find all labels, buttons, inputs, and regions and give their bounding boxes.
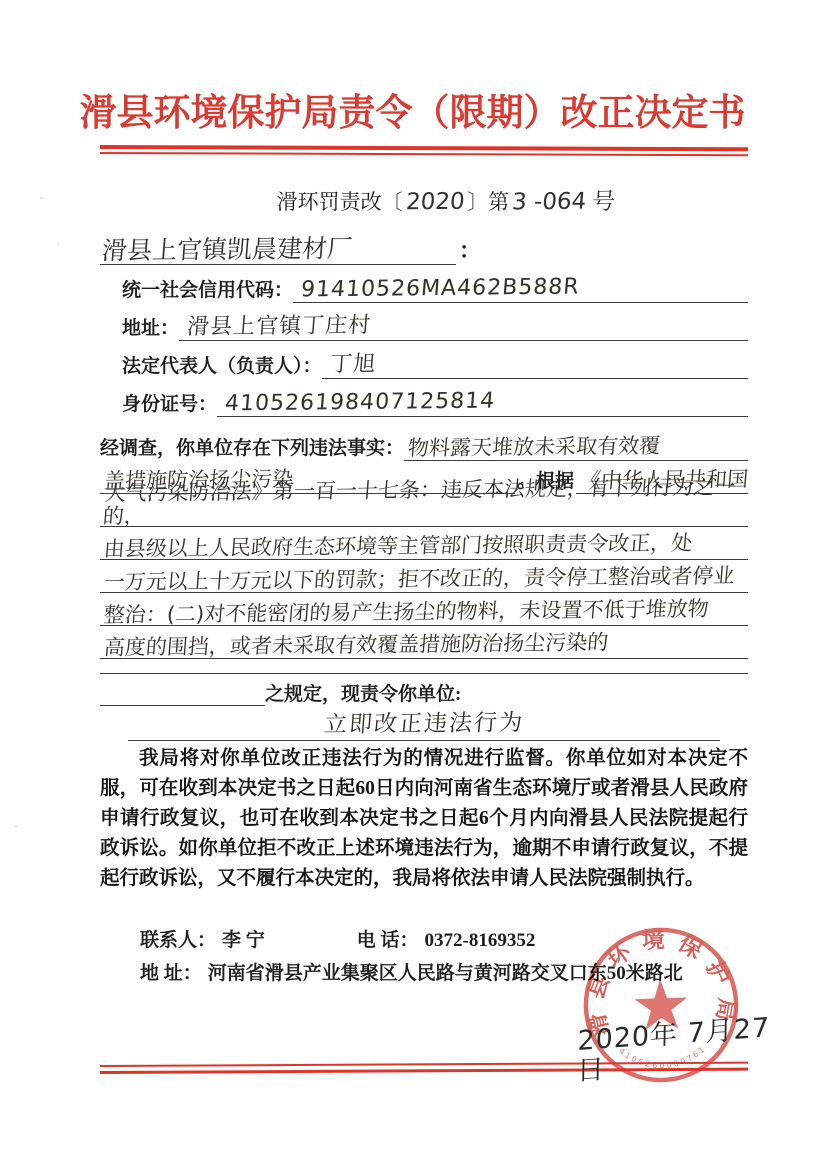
- field-row-address: 地址： 滑县上官镇丁庄村: [122, 303, 748, 341]
- legal-basis-row: 由县级以上人民政府生态环境等主管部门按照职责责令改正，处: [100, 527, 748, 560]
- field-underline: 滑县上官镇丁庄村: [179, 315, 748, 341]
- field-underline: 91410526MA462B588R: [293, 277, 748, 303]
- legal-basis-line-4: 整治：(二)对不能密闭的易产生扬尘的物料，未设置不低于堆放物: [99, 598, 710, 628]
- signature-date-handwritten: 2020年 7月27日: [577, 1013, 778, 1087]
- legal-basis-line-5: 高度的围挡，或者未采取有效覆盖措施防治扬尘污染的: [99, 631, 609, 660]
- field-value-handwritten: 91410526MA462B588R: [292, 275, 581, 303]
- header-double-rule: [100, 145, 748, 156]
- legal-basis-row: 高度的围挡，或者未采取有效覆盖措施防治扬尘污染的: [100, 626, 748, 659]
- scan-speck: [57, 243, 59, 245]
- field-label: 法定代表人（负责人）：: [122, 355, 322, 379]
- facts-lead-label: 经调查，你单位存在下列违法事实：: [100, 437, 404, 461]
- recipient-name-handwritten: 滑县上官镇凯晨建材厂: [99, 234, 355, 265]
- legal-basis-underline: 高度的围挡，或者未采取有效覆盖措施防治扬尘污染的: [100, 634, 748, 659]
- blank-fill-line: [100, 659, 748, 674]
- contact-person-label: 联系人：: [140, 925, 216, 952]
- field-label: 统一社会信用代码：: [122, 279, 293, 303]
- field-underline: 丁旭: [322, 353, 748, 379]
- legal-basis-row: 大气污染防治法》第一百一十七条：违反本法规定，有下列行为之一的，: [100, 494, 748, 527]
- recipient-section: 滑县上官镇凯晨建材厂 ： 统一社会信用代码： 91410526MA462B588…: [100, 234, 748, 417]
- contact-phone-label: 电 话：: [357, 925, 419, 952]
- field-value-handwritten: 410526198407125814: [216, 389, 496, 417]
- legal-basis-line-2: 由县级以上人民政府生态环境等主管部门按照职责责令改正，处: [99, 532, 693, 562]
- contact-phone-value: 0372-8169352: [425, 930, 536, 952]
- field-row-id-number: 身份证号： 410526198407125814: [122, 379, 748, 417]
- order-line: 立即改正违法行为: [128, 712, 720, 741]
- provision-label: 之规定，现责令你单位:: [265, 679, 461, 706]
- legal-basis-underline: 整治：(二)对不能密闭的易产生扬尘的物料，未设置不低于堆放物: [100, 601, 748, 626]
- document-title: 滑县环境保护局责令（限期）改正决定书: [0, 82, 825, 136]
- provision-underline: [100, 705, 265, 706]
- recipient-name-underline: 滑县上官镇凯晨建材厂: [100, 236, 456, 266]
- docno-year-handwritten: 2020: [405, 190, 466, 216]
- order-handwritten: 立即改正违法行为: [323, 711, 525, 738]
- legal-basis-underline: 由县级以上人民政府生态环境等主管部门按照职责责令改正，处: [100, 535, 748, 560]
- facts-fill-underline: 物料露天堆放未采取有效覆: [404, 436, 748, 461]
- legal-basis-underline: 大气污染防治法》第一百一十七条：违反本法规定，有下列行为之一的，: [100, 479, 748, 527]
- facts-handwritten-line1: 物料露天堆放未采取有效覆: [403, 435, 661, 462]
- field-row-credit-code: 统一社会信用代码： 91410526MA462B588R: [122, 265, 748, 303]
- legal-basis-row: 整治：(二)对不能密闭的易产生扬尘的物料，未设置不低于堆放物: [100, 593, 748, 626]
- field-row-legal-representative: 法定代表人（负责人）： 丁旭: [122, 341, 748, 379]
- contact-person-value: 李 宁: [222, 925, 265, 952]
- field-label: 身份证号：: [122, 393, 217, 417]
- legal-basis-underline: 一万元以上十万元以下的罚款；拒不改正的，责令停工整治或者停业: [100, 568, 748, 593]
- legal-basis-line-1: 大气污染防治法》第一百一十七条：违反本法规定，有下列行为之一的，: [98, 475, 750, 529]
- recipient-name-row: 滑县上官镇凯晨建材厂 ：: [100, 234, 748, 265]
- supervision-paragraph: 我局将对你单位改正违法行为的情况进行监督。你单位如对本决定不服，可在收到本决定书…: [100, 744, 748, 894]
- field-label: 地址：: [122, 317, 179, 341]
- legal-basis-line-3: 一万元以上十万元以下的罚款；拒不改正的，责令停工整治或者停业: [99, 565, 735, 596]
- recipient-colon: ：: [459, 234, 481, 265]
- field-underline: 410526198407125814: [217, 391, 748, 417]
- legal-basis-row: 一万元以上十万元以下的罚款；拒不改正的，责令停工整治或者停业: [100, 560, 748, 593]
- field-value-handwritten: 滑县上官镇丁庄村: [178, 314, 372, 341]
- document-page: 滑县环境保护局责令（限期）改正决定书 滑环罚责改〔 2020 〕第 3 -064…: [0, 0, 825, 1164]
- docno-bracket-close: 〕第: [467, 186, 509, 216]
- docno-suffix-handwritten: 号: [591, 190, 616, 216]
- provision-row: 之规定，现责令你单位:: [100, 676, 748, 708]
- document-number: 滑环罚责改〔 2020 〕第 3 -064 号: [35, 186, 825, 216]
- docno-serial-handwritten: 3 -064: [511, 190, 587, 216]
- contact-address-label: 地 址：: [140, 958, 202, 985]
- field-value-handwritten: 丁旭: [321, 353, 377, 379]
- docno-prefix: 滑环罚责改〔: [277, 186, 403, 216]
- facts-lead-row: 经调查，你单位存在下列违法事实： 物料露天堆放未采取有效覆: [100, 428, 748, 461]
- scan-speck: [14, 825, 18, 828]
- facts-section: 经调查，你单位存在下列违法事实： 物料露天堆放未采取有效覆 盖措施防治扬尘污染 …: [100, 428, 748, 674]
